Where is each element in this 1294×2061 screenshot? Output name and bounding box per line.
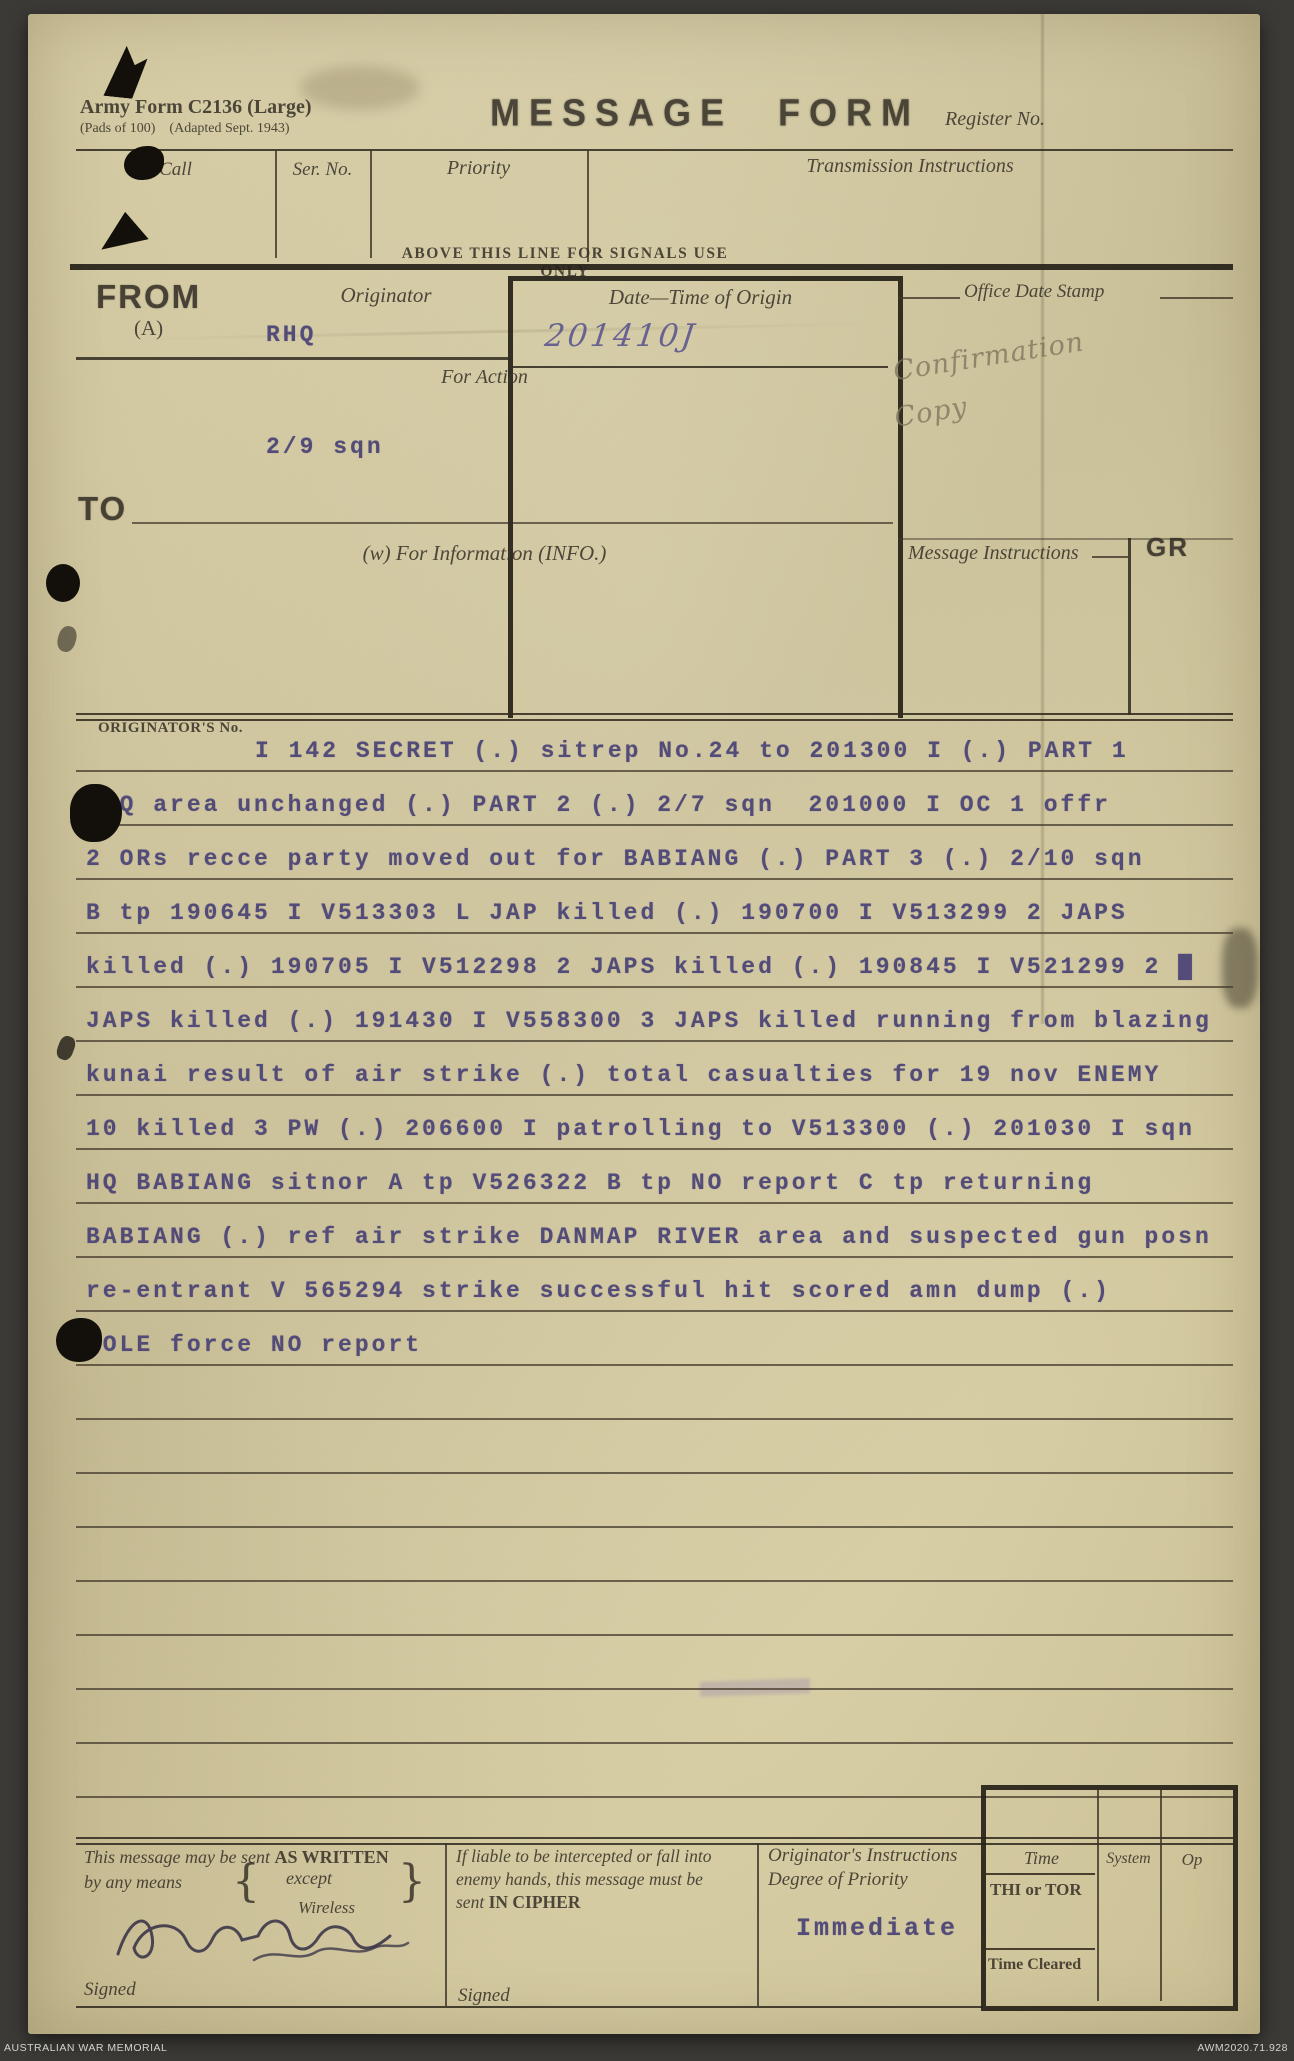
time-box-divider: [1097, 1790, 1099, 2001]
op-label: Op: [1160, 1850, 1224, 1870]
footer-signed-left: Signed: [84, 1979, 136, 2001]
cipher-line2: enemy hands, this message must be: [456, 1868, 750, 1891]
message-rule: [76, 1688, 1233, 1690]
message-rule: [76, 986, 1233, 988]
message-rule: [76, 1256, 1233, 1258]
cipher-line1: If liable to be intercepted or fall into: [456, 1845, 750, 1868]
message-line-6: JAPS killed (.) 191430 I V558300 3 JAPS …: [86, 1008, 1212, 1034]
footer-divider: [757, 1843, 759, 2006]
message-rule: [76, 932, 1233, 934]
message-body: I 142 SECRET (.) sitrep No.24 to 201300 …: [0, 0, 1294, 2061]
footer-signed-center: Signed: [458, 1985, 510, 2007]
time-cell-rule: [986, 1873, 1095, 1875]
message-line-4: B tp 190645 I V513303 L JAP killed (.) 1…: [86, 900, 1128, 926]
time-label: Time: [986, 1848, 1097, 1869]
archive-caption-right: AWM2020.71.928: [1197, 2042, 1288, 2054]
footer-cipher-text: If liable to be intercepted or fall into…: [456, 1845, 750, 1914]
footer-as-written-bold: AS WRITTEN: [274, 1847, 388, 1867]
message-rule: [76, 878, 1233, 880]
message-rule: [76, 1580, 1233, 1582]
message-line-3: 2 ORs recce party moved out for BABIANG …: [86, 846, 1145, 872]
message-rule: [76, 1310, 1233, 1312]
message-line-10: BABIANG (.) ref air strike DANMAP RIVER …: [86, 1224, 1212, 1250]
footer-divider: [445, 1843, 447, 2006]
cipher-line3-pre: sent: [456, 1892, 484, 1912]
system-label: System: [1097, 1850, 1160, 1868]
originators-instructions-label: Originator's Instructions: [768, 1845, 957, 1867]
message-line-11: re-entrant V 565294 strike successful hi…: [86, 1278, 1111, 1304]
message-rule: [76, 1634, 1233, 1636]
footer-bottom-rule: [76, 2006, 983, 2008]
message-rule: [76, 1526, 1233, 1528]
time-cleared-rule: [986, 1948, 1095, 1950]
message-rule: [76, 1202, 1233, 1204]
footer-except: except: [286, 1868, 332, 1889]
scanned-message-form: Army Form C2136 (Large) (Pads of 100) (A…: [0, 0, 1294, 2061]
message-line-7: kunai result of air strike (.) total cas…: [86, 1062, 1161, 1088]
message-line-12: COLE force NO report: [86, 1332, 422, 1358]
message-rule: [76, 1418, 1233, 1420]
message-line-8: 10 killed 3 PW (.) 206600 I patrolling t…: [86, 1116, 1195, 1142]
message-rule: [76, 1094, 1233, 1096]
message-line-5: killed (.) 190705 I V512298 2 JAPS kille…: [86, 954, 1195, 980]
message-rule: [76, 1472, 1233, 1474]
cipher-bold: IN CIPHER: [489, 1892, 581, 1912]
thi-or-tor-label: THI or TOR: [990, 1880, 1082, 1900]
message-rule: [76, 824, 1233, 826]
message-rule: [76, 1148, 1233, 1150]
message-line-2: RHQ area unchanged (.) PART 2 (.) 2/7 sq…: [86, 792, 1111, 818]
footer-by-any-means: by any means: [84, 1872, 182, 1893]
punch-hole: [46, 564, 80, 602]
message-rule: [76, 770, 1233, 772]
signature-scrawl: [108, 1896, 418, 1986]
message-line-1: I 142 SECRET (.) sitrep No.24 to 201300 …: [255, 738, 1129, 764]
time-box-divider: [1160, 1790, 1162, 2001]
ink-blot: [56, 1318, 102, 1362]
message-rule: [76, 1742, 1233, 1744]
message-rule: [76, 1364, 1233, 1366]
message-line-9: HQ BABIANG sitnor A tp V526322 B tp NO r…: [86, 1170, 1094, 1196]
cipher-line3: sent IN CIPHER: [456, 1891, 750, 1914]
priority-value: Immediate: [796, 1914, 958, 1943]
degree-of-priority-label: Degree of Priority: [768, 1869, 908, 1891]
time-cleared-label: Time Cleared: [988, 1956, 1081, 1974]
archive-caption-left: AUSTRALIAN WAR MEMORIAL: [4, 2042, 167, 2054]
message-rule: [76, 1040, 1233, 1042]
